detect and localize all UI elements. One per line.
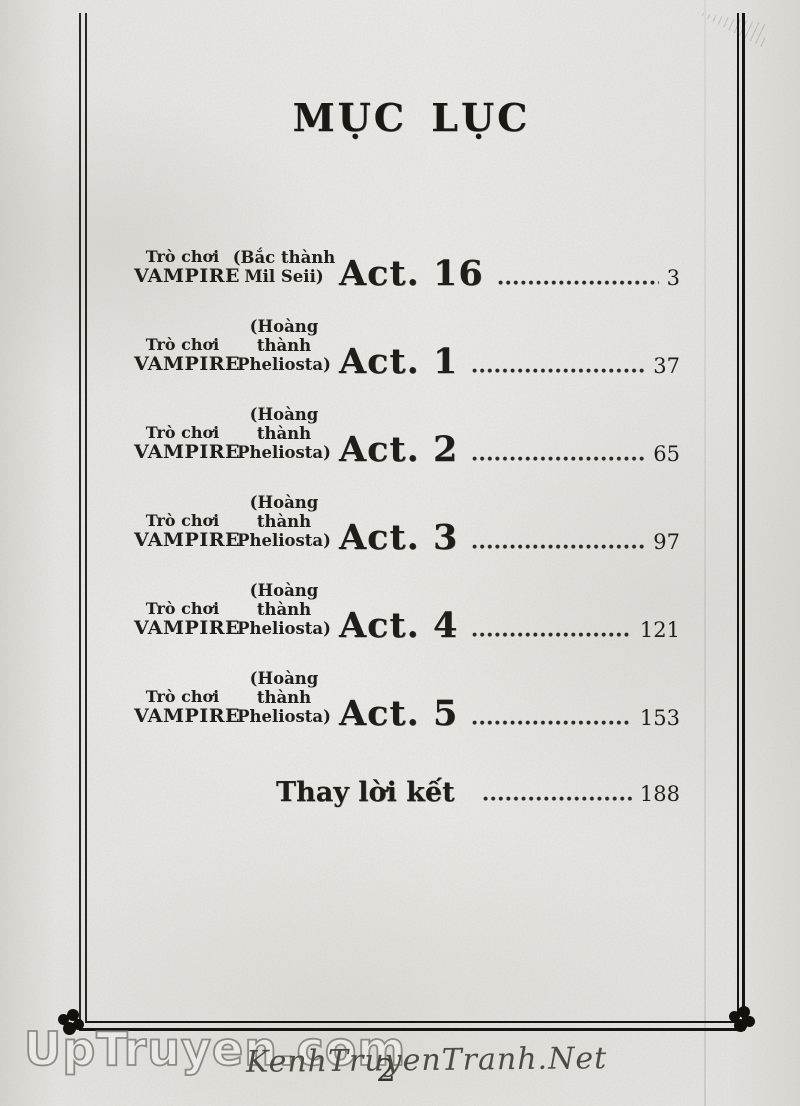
arc-title-line2: Mil Seii) [231, 268, 337, 287]
closing-page-number: 188 [640, 784, 680, 805]
series-title-line2: VAMPIRE [134, 706, 231, 727]
series-title-line1: Trò chơi [134, 600, 231, 618]
entry-page-number: 3 [667, 268, 680, 289]
arc-title-line2: Pheliosta) [231, 532, 337, 551]
arc-title-line2: Pheliosta) [231, 708, 337, 727]
series-title-block: Trò chơi VAMPIRE [134, 248, 231, 287]
entry-page-number: 37 [653, 356, 680, 377]
act-label: Act. 2 [339, 433, 458, 466]
series-title-line2: VAMPIRE [134, 442, 231, 463]
toc-entry-row: Trò chơi VAMPIRE (Hoàng thành Pheliosta)… [86, 596, 737, 642]
act-label: Act. 3 [339, 521, 458, 554]
dot-leader [472, 720, 632, 725]
act-label: Act. 16 [339, 257, 484, 290]
series-title-block: Trò chơi VAMPIRE [134, 424, 231, 463]
arc-title-line2: Pheliosta) [231, 620, 337, 639]
scanned-toc-page: MỤC LỤC Trò chơi VAMPIRE (Bắc thành Mil … [0, 0, 800, 1106]
series-title-line2: VAMPIRE [134, 618, 231, 639]
series-title-line1: Trò chơi [134, 424, 231, 442]
arc-title-block: (Hoàng thành Pheliosta) [231, 406, 337, 463]
entry-page-number: 65 [653, 444, 680, 465]
arc-title-block: (Hoàng thành Pheliosta) [231, 582, 337, 639]
series-title-line1: Trò chơi [134, 336, 231, 354]
closing-label: Thay lời kết [276, 779, 455, 806]
act-label: Act. 4 [339, 609, 458, 642]
arc-title-line2: Pheliosta) [231, 444, 337, 463]
toc-entry-row: Trò chơi VAMPIRE (Hoàng thành Pheliosta)… [86, 420, 737, 466]
series-title-line1: Trò chơi [134, 512, 231, 530]
closing-entry-row: Thay lời kết 188 [86, 772, 737, 806]
dot-leader [472, 368, 645, 373]
series-title-line1: Trò chơi [134, 688, 231, 706]
act-label: Act. 1 [339, 345, 458, 378]
arc-title-line1: (Bắc thành [231, 249, 337, 268]
toc-entry-row: Trò chơi VAMPIRE (Bắc thành Mil Seii) Ac… [86, 244, 737, 290]
arc-title-line1: (Hoàng thành [231, 318, 337, 356]
toc-entry-row: Trò chơi VAMPIRE (Hoàng thành Pheliosta)… [86, 332, 737, 378]
series-title-line1: Trò chơi [134, 248, 231, 266]
arc-title-line1: (Hoàng thành [231, 670, 337, 708]
toc-list: Trò chơi VAMPIRE (Bắc thành Mil Seii) Ac… [86, 244, 737, 806]
page-content: MỤC LỤC Trò chơi VAMPIRE (Bắc thành Mil … [86, 0, 737, 806]
corner-ornament-bottom-right [728, 1005, 758, 1035]
act-label: Act. 5 [339, 697, 458, 730]
series-title-block: Trò chơi VAMPIRE [134, 336, 231, 375]
toc-entry-row: Trò chơi VAMPIRE (Hoàng thành Pheliosta)… [86, 508, 737, 554]
series-title-block: Trò chơi VAMPIRE [134, 600, 231, 639]
toc-entry-row: Trò chơi VAMPIRE (Hoàng thành Pheliosta)… [86, 684, 737, 730]
page-title: MỤC LỤC [86, 95, 737, 140]
entry-page-number: 153 [640, 708, 680, 729]
arc-title-block: (Hoàng thành Pheliosta) [231, 670, 337, 727]
watermark-kenhtruyentranh: KenhTruyenTranh.Net [246, 1042, 608, 1079]
dot-leader [483, 796, 632, 801]
series-title-line2: VAMPIRE [134, 266, 231, 287]
dot-leader [472, 544, 645, 549]
entry-page-number: 97 [653, 532, 680, 553]
series-title-line2: VAMPIRE [134, 530, 231, 551]
dot-leader [498, 280, 659, 285]
series-title-block: Trò chơi VAMPIRE [134, 512, 231, 551]
series-title-block: Trò chơi VAMPIRE [134, 688, 231, 727]
dot-leader [472, 632, 632, 637]
arc-title-line1: (Hoàng thành [231, 582, 337, 620]
arc-title-block: (Bắc thành Mil Seii) [231, 249, 337, 287]
arc-title-block: (Hoàng thành Pheliosta) [231, 494, 337, 551]
series-title-line2: VAMPIRE [134, 354, 231, 375]
arc-title-block: (Hoàng thành Pheliosta) [231, 318, 337, 375]
entry-page-number: 121 [640, 620, 680, 641]
arc-title-line1: (Hoàng thành [231, 406, 337, 444]
arc-title-line1: (Hoàng thành [231, 494, 337, 532]
dot-leader [472, 456, 645, 461]
arc-title-line2: Pheliosta) [231, 356, 337, 375]
